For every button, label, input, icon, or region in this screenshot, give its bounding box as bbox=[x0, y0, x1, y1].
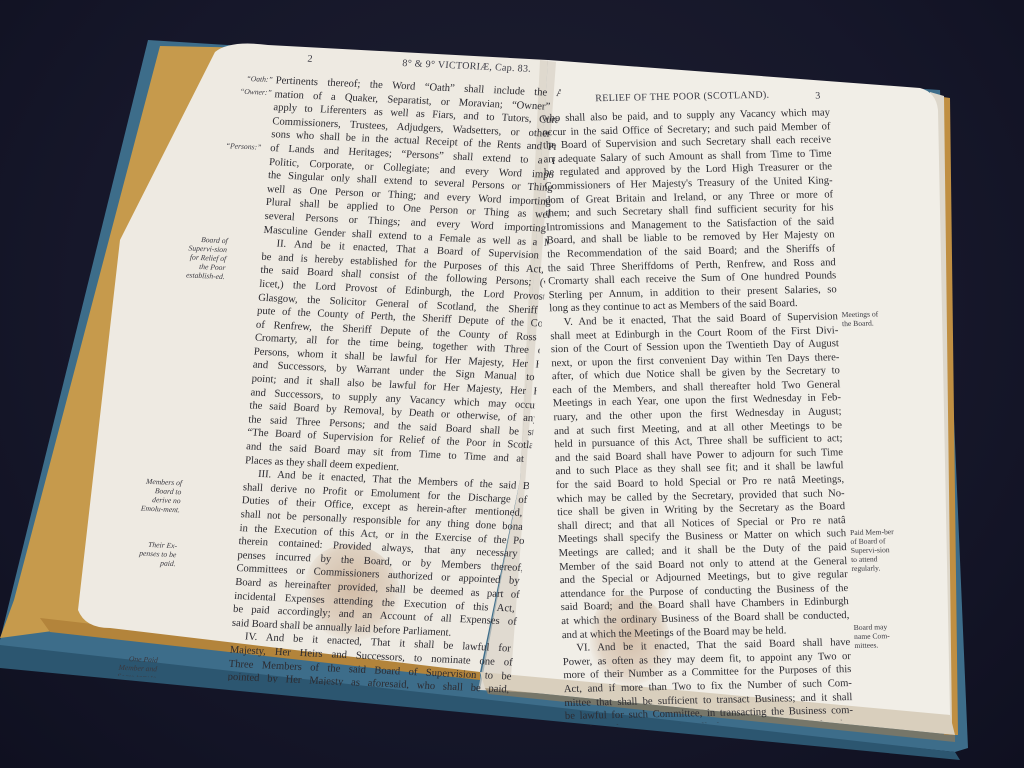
right-page-text: who shall also be paid, and to supply an… bbox=[542, 106, 854, 726]
margin-note-committees: Board may name Com-mittees. bbox=[854, 622, 899, 650]
margin-note-paid-member-attend: Paid Mem-ber of Board of Supervi-sion to… bbox=[850, 527, 896, 573]
left-page-number: 2 bbox=[307, 54, 313, 65]
left-page-text: Pertinents thereof; the Word “Oath” shal… bbox=[226, 74, 563, 693]
left-page: 2 8° & 9° VICTORIÆ, Cap. 83. “Oath:” “Ow… bbox=[53, 34, 564, 693]
margin-note-board-established: Board of Supervi-sion for Relief of the … bbox=[184, 234, 228, 281]
right-page-number: 3 bbox=[815, 91, 820, 102]
left-running-head: 8° & 9° VICTORIÆ, Cap. 83. bbox=[402, 58, 532, 75]
book-photo: 2 8° & 9° VICTORIÆ, Cap. 83. “Oath:” “Ow… bbox=[0, 0, 1024, 768]
margin-note-members-no-emolument: Members of Board to derive no Emolu-ment… bbox=[138, 477, 183, 515]
margin-note-owner: “Owner:” bbox=[219, 86, 272, 97]
margin-note-expenses-paid: Their Ex-penses to be paid. bbox=[133, 539, 177, 568]
right-page: RELIEF OF THE POOR (SCOTLAND). 3 who sha… bbox=[533, 78, 977, 726]
margin-note-persons: “Persons:” bbox=[195, 140, 262, 152]
margin-note-oath: “Oath:” bbox=[220, 73, 273, 84]
margin-note-meetings: Meetings of the Board. bbox=[842, 309, 883, 328]
right-running-head: RELIEF OF THE POOR (SCOTLAND). bbox=[595, 90, 769, 105]
